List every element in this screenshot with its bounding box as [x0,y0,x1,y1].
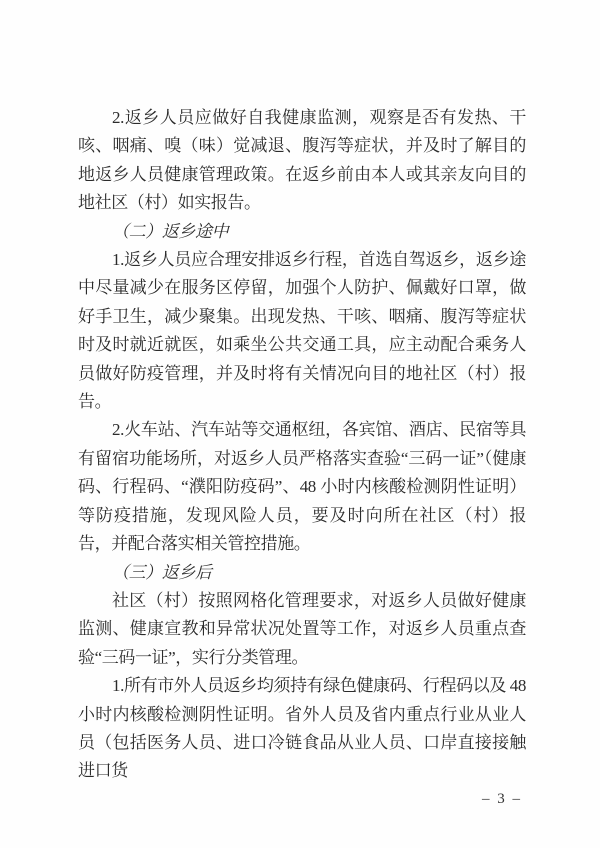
paragraph-travel-arrangement: 1.返乡人员应合理安排返乡行程，首选自驾返乡，返乡途中尽量减少在服务区停留，加强… [78,246,526,416]
page-number: – 3 – [482,791,522,808]
paragraph-code-and-test-requirements: 1.所有市外人员返乡均须持有绿色健康码、行程码以及 48 小时内核酸检测阴性证明… [78,672,526,786]
document-page: 2.返乡人员应做好自我健康监测，观察是否有发热、干咳、咽痛、嗅（味）觉减退、腹泻… [0,0,600,848]
paragraph-grid-management: 社区（村）按照网格化管理要求，对返乡人员做好健康监测、健康宣教和异常状况处置等工… [78,587,526,672]
paragraph-transport-hub-checks: 2.火车站、汽车站等交通枢纽，各宾馆、酒店、民宿等具有留宿功能场所，对返乡人员严… [78,416,526,558]
section-heading-after-return: （三）返乡后 [78,559,526,587]
paragraph-self-health-monitoring: 2.返乡人员应做好自我健康监测，观察是否有发热、干咳、咽痛、嗅（味）觉减退、腹泻… [78,104,526,218]
section-heading-during-return: （二）返乡途中 [78,218,526,246]
document-body: 2.返乡人员应做好自我健康监测，观察是否有发热、干咳、咽痛、嗅（味）觉减退、腹泻… [78,104,526,786]
